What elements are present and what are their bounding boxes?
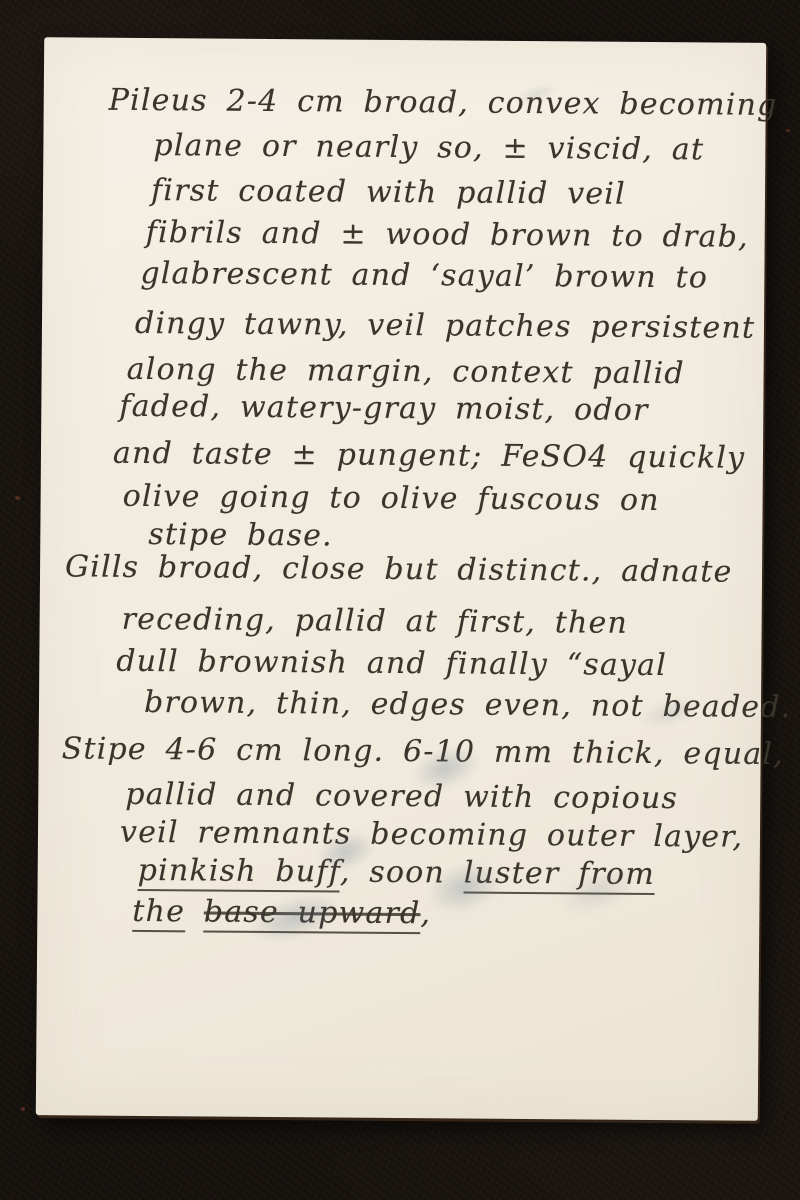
underlined-phrase: luster from: [464, 856, 655, 896]
felt-fiber-speck: [786, 129, 790, 132]
index-card: Pileus 2-4 cm broad, convex becoming pla…: [36, 37, 766, 1121]
plain-text: , soon: [340, 855, 464, 891]
felt-fiber-speck: [15, 496, 20, 500]
handwritten-line-4: fibrils and ± wood brown to drab,: [146, 215, 749, 255]
handwritten-line-9: and taste ± pungent; FeSO4 quickly: [113, 436, 746, 476]
handwritten-line-2: plane or nearly so, ± viscid, at: [153, 128, 704, 167]
handwritten-line-8: faded, watery-gray moist, odor: [119, 389, 648, 428]
underlined-word: the: [132, 894, 185, 932]
plain-text: [185, 894, 204, 929]
underlined-phrase: pinkish buff: [138, 853, 341, 893]
handwritten-line-17: pallid and covered with copious: [125, 777, 678, 816]
handwritten-line-3: first coated with pallid veil: [151, 173, 626, 212]
plain-text: ,: [420, 896, 431, 931]
handwritten-line-16: Stipe 4-6 cm long. 6-10 mm thick, equal,: [62, 731, 785, 772]
handwritten-line-20: the base upward,: [132, 894, 431, 931]
handwritten-line-18: veil remnants becoming outer layer,: [120, 815, 744, 855]
handwritten-line-1: Pileus 2-4 cm broad, convex becoming: [109, 83, 778, 123]
handwritten-line-14: dull brownish and finally “sayal: [116, 644, 667, 683]
crossed-out-phrase: base upward: [204, 894, 421, 934]
handwritten-line-15: brown, thin, edges even, not beaded.: [144, 685, 792, 725]
photo-background: Pileus 2-4 cm broad, convex becoming pla…: [0, 0, 800, 1200]
handwritten-line-5: glabrescent and ‘sayal’ brown to: [140, 256, 708, 295]
felt-fiber-speck: [21, 1107, 25, 1111]
handwritten-line-6: dingy tawny, veil patches persistent: [135, 306, 756, 346]
handwritten-line-19: pinkish buff, soon luster from: [138, 853, 655, 892]
handwritten-line-12: Gills broad, close but distinct., adnate: [65, 549, 733, 589]
handwritten-line-13: receding, pallid at first, then: [122, 602, 629, 641]
handwritten-line-7: along the margin, context pallid: [127, 352, 685, 391]
handwritten-line-11: stipe base.: [148, 517, 333, 553]
handwritten-line-10: olive going to olive fuscous on: [123, 479, 660, 518]
